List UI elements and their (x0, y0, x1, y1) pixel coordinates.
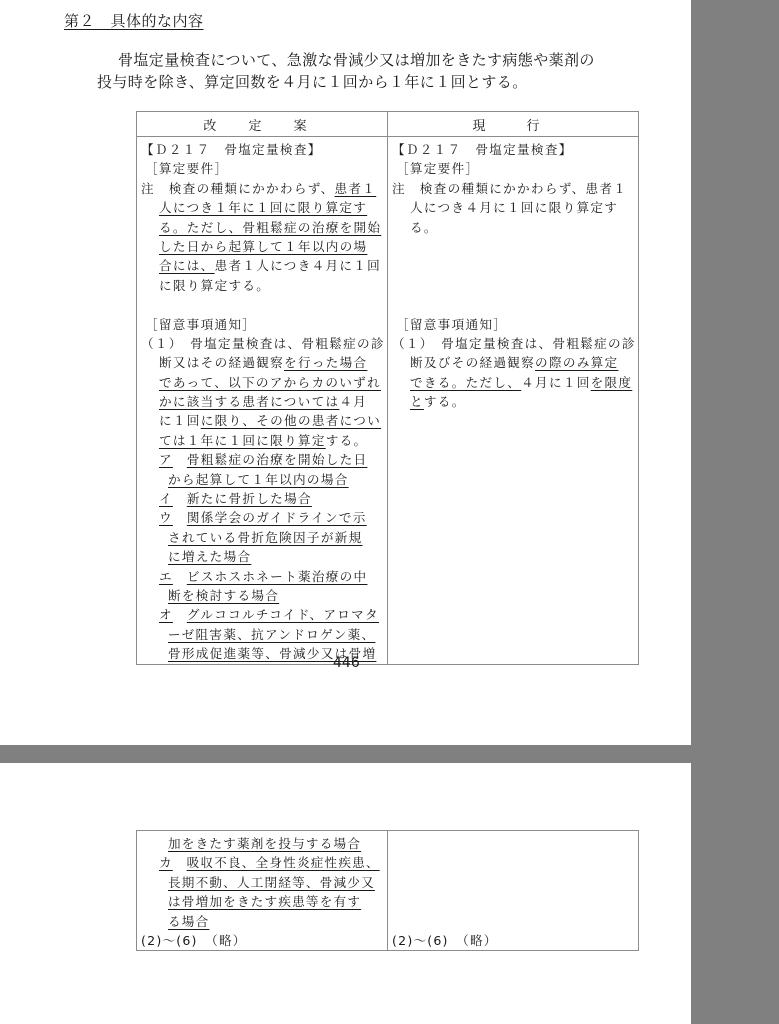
text-line: かに該当する患者については４月 (141, 392, 385, 411)
text-segment: る。 (410, 220, 438, 235)
text-segment: 注 検査の種類にかかわらず、患者１ (392, 181, 627, 196)
text-line: 注 検査の種類にかかわらず、患者１ (392, 179, 636, 198)
blank-line (392, 912, 636, 931)
blank-line (141, 295, 385, 314)
text-line: 合には、患者１人につき４月に１回 (141, 256, 385, 275)
text-line: されている骨折危険因子が新規 (141, 528, 385, 547)
text-line: （１） 骨塩定量検査は、骨粗鬆症の診 (141, 334, 385, 353)
underlined-change: されている骨折危険因子が新規 (168, 530, 363, 545)
underlined-change: カ (159, 855, 173, 870)
text-line: イ 新たに骨折した場合 (141, 489, 385, 508)
text-segment: ［留意事項通知］ (145, 317, 256, 332)
page-number: 446 (333, 655, 360, 671)
document-page-446: 第２ 具体的な内容 骨塩定量検査について、急激な骨減少又は増加をきたす病態や薬剤… (0, 0, 691, 745)
underlined-change: イ (159, 491, 173, 506)
text-segment: 断及びその経過観察 (410, 355, 535, 370)
text-line: に限り算定する。 (141, 276, 385, 295)
text-segment: (2)～(6) （略） (141, 933, 247, 948)
underlined-change: であって、以下のアからカのいずれ (159, 375, 381, 390)
underlined-change: の際のみ算定 (535, 355, 618, 370)
revised-text: 【Ｄ２１７ 骨塩定量検査】［算定要件］注 検査の種類にかかわらず、患者１人につき… (137, 137, 387, 664)
text-line: ［留意事項通知］ (141, 315, 385, 334)
text-segment (173, 491, 187, 506)
header-current: 現 行 (388, 112, 639, 137)
text-segment: する。 (326, 433, 368, 448)
revised-cell: 【Ｄ２１７ 骨塩定量検査】［算定要件］注 検査の種類にかかわらず、患者１人につき… (137, 137, 388, 665)
blank-line (392, 237, 636, 256)
blank-line (392, 295, 636, 314)
underlined-change: に限り、その他の患者につい (201, 413, 381, 428)
blank-line (392, 873, 636, 892)
text-line: 断を検討する場合 (141, 586, 385, 605)
text-segment: する。 (424, 394, 466, 409)
text-segment (173, 569, 187, 584)
text-segment: ［算定要件］ (396, 161, 479, 176)
text-line: ［算定要件］ (392, 159, 636, 178)
underlined-change: 骨粗鬆症の治療を開始した日 (187, 452, 368, 467)
underlined-change: を限度 (591, 375, 633, 390)
text-line: 人につき４月に１回に限り算定す (392, 198, 636, 217)
text-line: から起算して１年以内の場合 (141, 470, 385, 489)
underlined-change: 加をきたす薬剤を投与する場合 (168, 836, 361, 851)
blank-line (392, 892, 636, 911)
underlined-change: に増えた場合 (168, 549, 251, 564)
text-segment: （１） 骨塩定量検査は、骨粗鬆症の診 (141, 336, 385, 351)
text-line: 断及びその経過観察の際のみ算定 (392, 353, 636, 372)
blank-line (392, 256, 636, 275)
text-segment: に限り算定する。 (159, 278, 270, 293)
blank-line (392, 853, 636, 872)
text-line: エ ビスホスホネート薬治療の中 (141, 567, 385, 586)
text-segment: (2)～(6) （略） (392, 933, 498, 948)
underlined-change: した日から起算して１年以内の場 (159, 239, 367, 254)
text-line: した日から起算して１年以内の場 (141, 237, 385, 256)
text-segment: 断又はその経過観察 (159, 355, 284, 370)
text-line: ーゼ阻害薬、抗アンドロゲン薬、 (141, 625, 385, 644)
comparison-table-continued: 加をきたす薬剤を投与する場合カ 吸収不良、全身性炎症性疾患、長期不動、人工閉経等… (136, 830, 639, 951)
text-line: (2)～(6) （略） (141, 931, 385, 950)
text-line: ［留意事項通知］ (392, 315, 636, 334)
text-segment: ［算定要件］ (145, 161, 228, 176)
underlined-change: る場合 (168, 914, 209, 929)
current-cell: (2)～(6) （略） (388, 831, 639, 951)
text-line: る。 (392, 218, 636, 237)
text-segment: 患者１人につき４月に１回 (215, 258, 381, 273)
text-line: とする。 (392, 392, 636, 411)
underlined-change: ビスホスホネート薬治療の中 (187, 569, 368, 584)
text-segment: に１回 (159, 413, 201, 428)
text-line: 人につき１年に１回に限り算定す (141, 198, 385, 217)
underlined-change: ーゼ阻害薬、抗アンドロゲン薬、 (168, 627, 375, 642)
text-line: に１回に限り、その他の患者につい (141, 411, 385, 430)
text-segment (173, 855, 187, 870)
underlined-change: 人につき１年に１回に限り算定す (159, 200, 367, 215)
text-line: は骨増加をきたす疾患等を有す (141, 892, 385, 911)
underlined-change: エ (159, 569, 173, 584)
text-line: ては１年に１回に限り算定する。 (141, 431, 385, 450)
text-line: 断又はその経過観察を行った場合 (141, 353, 385, 372)
blank-line (392, 834, 636, 853)
table-row: 【Ｄ２１７ 骨塩定量検査】［算定要件］注 検査の種類にかかわらず、患者１人につき… (137, 137, 639, 665)
text-line: オ グルココルチコイド、アロマタ (141, 605, 385, 624)
text-line: 【Ｄ２１７ 骨塩定量検査】 (392, 140, 636, 159)
text-segment: ４月 (339, 394, 367, 409)
text-line: 長期不動、人工閉経等、骨減少又 (141, 873, 385, 892)
document-page-next: 加をきたす薬剤を投与する場合カ 吸収不良、全身性炎症性疾患、長期不動、人工閉経等… (0, 763, 691, 1024)
text-segment (173, 452, 187, 467)
comparison-table: 改 定 案 現 行 【Ｄ２１７ 骨塩定量検査】［算定要件］注 検査の種類にかかわ… (136, 111, 639, 665)
underlined-change: 関係学会のガイドラインで示 (187, 510, 367, 525)
header-revised: 改 定 案 (137, 112, 388, 137)
revised-cell: 加をきたす薬剤を投与する場合カ 吸収不良、全身性炎症性疾患、長期不動、人工閉経等… (137, 831, 388, 951)
text-line: であって、以下のアからカのいずれ (141, 373, 385, 392)
underlined-change: オ (159, 607, 173, 622)
text-segment (173, 607, 187, 622)
current-text: (2)～(6) （略） (388, 831, 638, 950)
underlined-change: から起算して１年以内の場合 (168, 472, 349, 487)
underlined-change: る。ただし、骨粗鬆症の治療を開始 (159, 220, 381, 235)
text-segment: 人につき４月に１回に限り算定す (410, 200, 618, 215)
text-segment: ４月に１回 (521, 375, 590, 390)
text-line: 注 検査の種類にかかわらず、患者１ (141, 179, 385, 198)
text-line: 加をきたす薬剤を投与する場合 (141, 834, 385, 853)
text-line: （１） 骨塩定量検査は、骨粗鬆症の診 (392, 334, 636, 353)
underlined-change: かに該当する患者については (159, 394, 339, 409)
text-line: ア 骨粗鬆症の治療を開始した日 (141, 450, 385, 469)
underlined-change: できる。ただし、 (410, 375, 521, 390)
text-segment: 【Ｄ２１７ 骨塩定量検査】 (392, 142, 573, 157)
table-header-row: 改 定 案 現 行 (137, 112, 639, 137)
underlined-change: を行った場合 (284, 355, 367, 370)
text-segment: 注 検査の種類にかかわらず、 (141, 181, 335, 196)
section-title: 第２ 具体的な内容 (64, 10, 204, 31)
text-line: に増えた場合 (141, 547, 385, 566)
underlined-change: と (410, 394, 424, 409)
revised-text: 加をきたす薬剤を投与する場合カ 吸収不良、全身性炎症性疾患、長期不動、人工閉経等… (137, 831, 387, 950)
text-line: できる。ただし、４月に１回を限度 (392, 373, 636, 392)
table-row: 加をきたす薬剤を投与する場合カ 吸収不良、全身性炎症性疾患、長期不動、人工閉経等… (137, 831, 639, 951)
underlined-change: ては１年に１回に限り算定 (159, 433, 326, 448)
underlined-change: ア (159, 452, 173, 467)
underlined-change: 合には、 (159, 258, 215, 273)
underlined-change: ウ (159, 510, 173, 525)
underlined-change: 吸収不良、全身性炎症性疾患、 (187, 855, 380, 870)
underlined-change: は骨増加をきたす疾患等を有す (168, 894, 361, 909)
underlined-change: 患者１ (335, 181, 377, 196)
text-line: る。ただし、骨粗鬆症の治療を開始 (141, 218, 385, 237)
underlined-change: 断を検討する場合 (168, 588, 279, 603)
text-segment: 【Ｄ２１７ 骨塩定量検査】 (141, 142, 322, 157)
text-line: 【Ｄ２１７ 骨塩定量検査】 (141, 140, 385, 159)
text-segment: （１） 骨塩定量検査は、骨粗鬆症の診 (392, 336, 636, 351)
text-line: ウ 関係学会のガイドラインで示 (141, 508, 385, 527)
current-cell: 【Ｄ２１７ 骨塩定量検査】［算定要件］注 検査の種類にかかわらず、患者１人につき… (388, 137, 639, 665)
current-text: 【Ｄ２１７ 骨塩定量検査】［算定要件］注 検査の種類にかかわらず、患者１人につき… (388, 137, 638, 411)
underlined-change: 長期不動、人工閉経等、骨減少又 (168, 875, 375, 890)
intro-line-1: 骨塩定量検査について、急激な骨減少又は増加をきたす病態や薬剤の (118, 49, 595, 70)
text-segment: ［留意事項通知］ (396, 317, 507, 332)
blank-line (392, 276, 636, 295)
text-line: ［算定要件］ (141, 159, 385, 178)
text-segment (173, 510, 187, 525)
underlined-change: 新たに骨折した場合 (187, 491, 312, 506)
underlined-change: グルココルチコイド、アロマタ (187, 607, 379, 622)
intro-line-2: 投与時を除き、算定回数を４月に１回から１年に１回とする。 (97, 71, 528, 92)
text-line: (2)～(6) （略） (392, 931, 636, 950)
text-line: カ 吸収不良、全身性炎症性疾患、 (141, 853, 385, 872)
text-line: る場合 (141, 912, 385, 931)
